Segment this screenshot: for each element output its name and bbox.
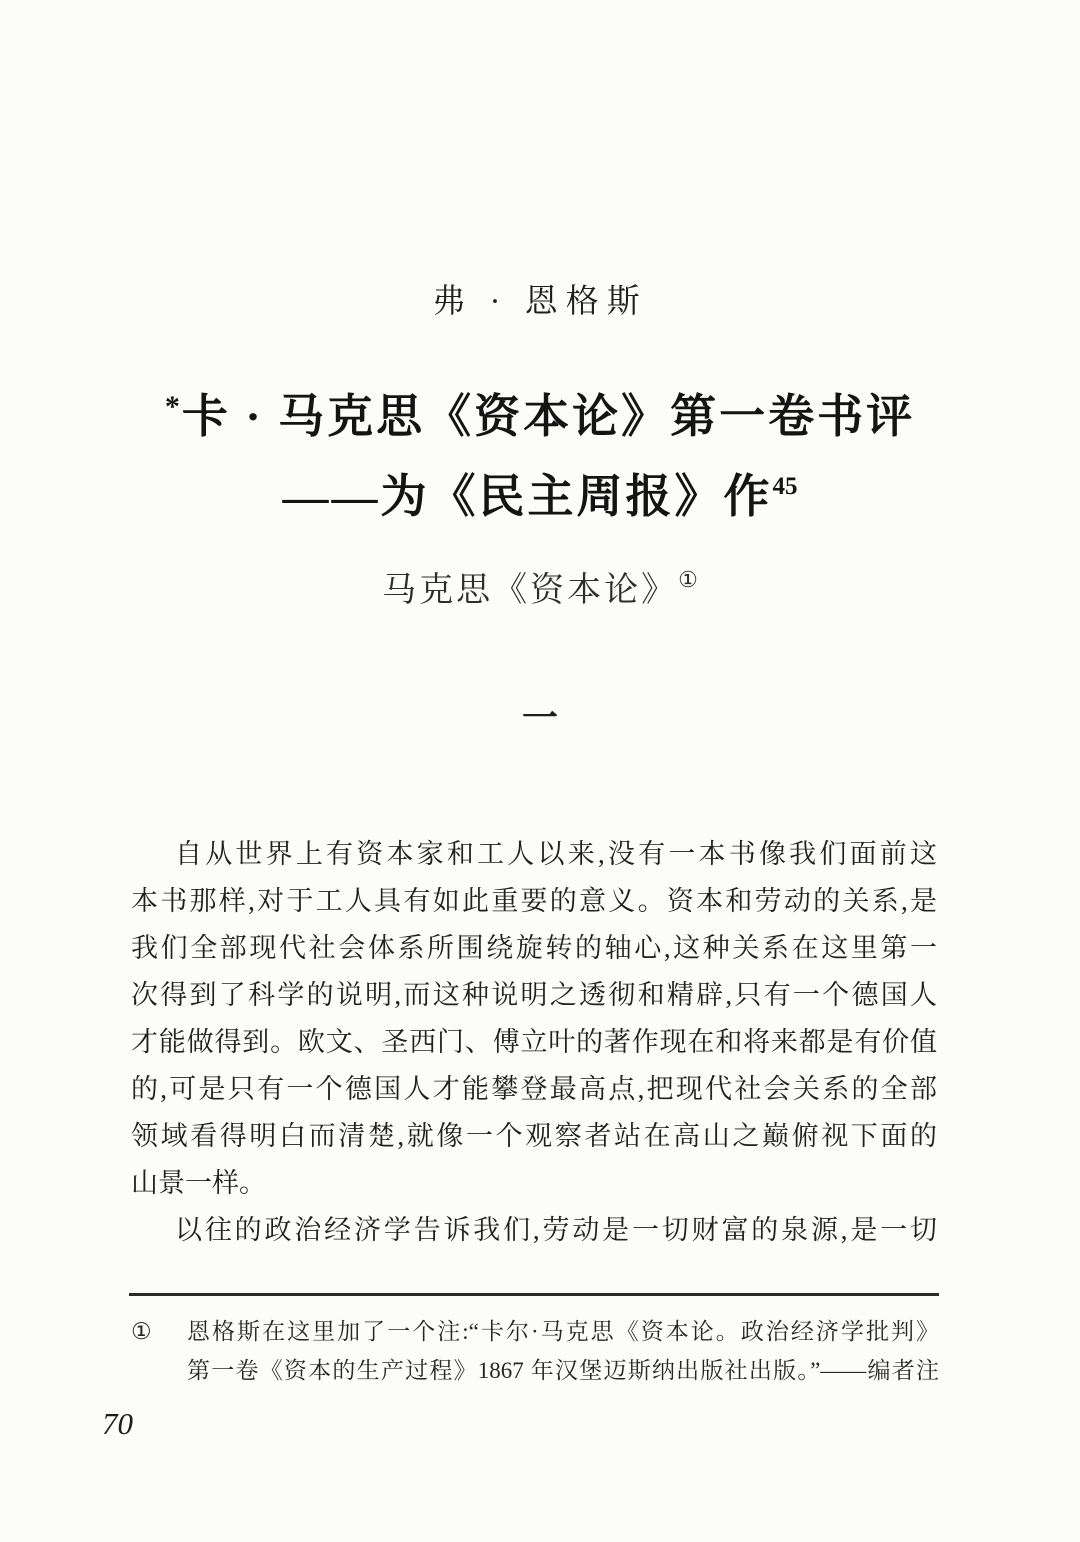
body-line: 山景一样。	[131, 1160, 937, 1207]
footnote-marker: ①	[131, 1312, 187, 1390]
footnote: ① 恩格斯在这里加了一个注:“卡尔·马克思《资本论。政治经济学批判》 第一卷《资…	[131, 1312, 939, 1390]
footnote-text: 恩格斯在这里加了一个注:“卡尔·马克思《资本论。政治经济学批判》 第一卷《资本的…	[187, 1312, 939, 1390]
body-line: 才能做得到。欧文、圣西门、傅立叶的著作现在和将来都是有价值	[131, 1019, 937, 1066]
body-line: 的,可是只有一个德国人才能攀登最高点,把现代社会关系的全部	[131, 1066, 937, 1113]
section-number: 一	[0, 700, 1080, 736]
title-line-2-text: ——为《民主周报》作	[283, 471, 773, 522]
page-number: 70	[102, 1406, 133, 1442]
subtitle: 马克思《资本论》①	[0, 557, 1080, 614]
body-line: 次得到了科学的说明,而这种说明之透彻和精辟,只有一个德国人	[131, 972, 937, 1019]
body-line: 领域看得明白而清楚,就像一个观察者站在高山之巅俯视下面的	[131, 1113, 937, 1160]
title-footnote-star: *	[165, 390, 180, 423]
footnote-line: 恩格斯在这里加了一个注:“卡尔·马克思《资本论。政治经济学批判》	[187, 1312, 939, 1351]
author-line: 弗 · 恩格斯	[0, 283, 1080, 321]
body-line: 本书那样,对于工人具有如此重要的意义。资本和劳动的关系,是	[131, 878, 937, 925]
body-line: 以往的政治经济学告诉我们,劳动是一切财富的泉源,是一切	[131, 1207, 937, 1254]
body-line: 我们全部现代社会体系所围绕旋转的轴心,这种关系在这里第一	[131, 925, 937, 972]
endnote-ref-45: 45	[773, 473, 798, 500]
title-line-1-text: 卡 · 马克思《资本论》第一卷书评	[182, 391, 915, 442]
title-line-1: *卡 · 马克思《资本论》第一卷书评	[0, 372, 1080, 452]
title-line-2: ——为《民主周报》作45	[0, 452, 1080, 532]
body-text: 自从世界上有资本家和工人以来,没有一本书像我们面前这 本书那样,对于工人具有如此…	[131, 831, 937, 1254]
footnote-row: ① 恩格斯在这里加了一个注:“卡尔·马克思《资本论。政治经济学批判》 第一卷《资…	[131, 1312, 939, 1390]
footnote-separator	[129, 1293, 939, 1296]
footnote-ref-circled-1: ①	[678, 567, 698, 592]
body-line: 自从世界上有资本家和工人以来,没有一本书像我们面前这	[131, 831, 937, 878]
book-page: 弗 · 恩格斯 *卡 · 马克思《资本论》第一卷书评 ——为《民主周报》作45 …	[0, 0, 1080, 1542]
subtitle-text: 马克思《资本论》	[382, 572, 678, 609]
footnote-line: 第一卷《资本的生产过程》1867 年汉堡迈斯纳出版社出版。”——编者注	[187, 1351, 939, 1390]
article-title: *卡 · 马克思《资本论》第一卷书评 ——为《民主周报》作45	[0, 372, 1080, 532]
